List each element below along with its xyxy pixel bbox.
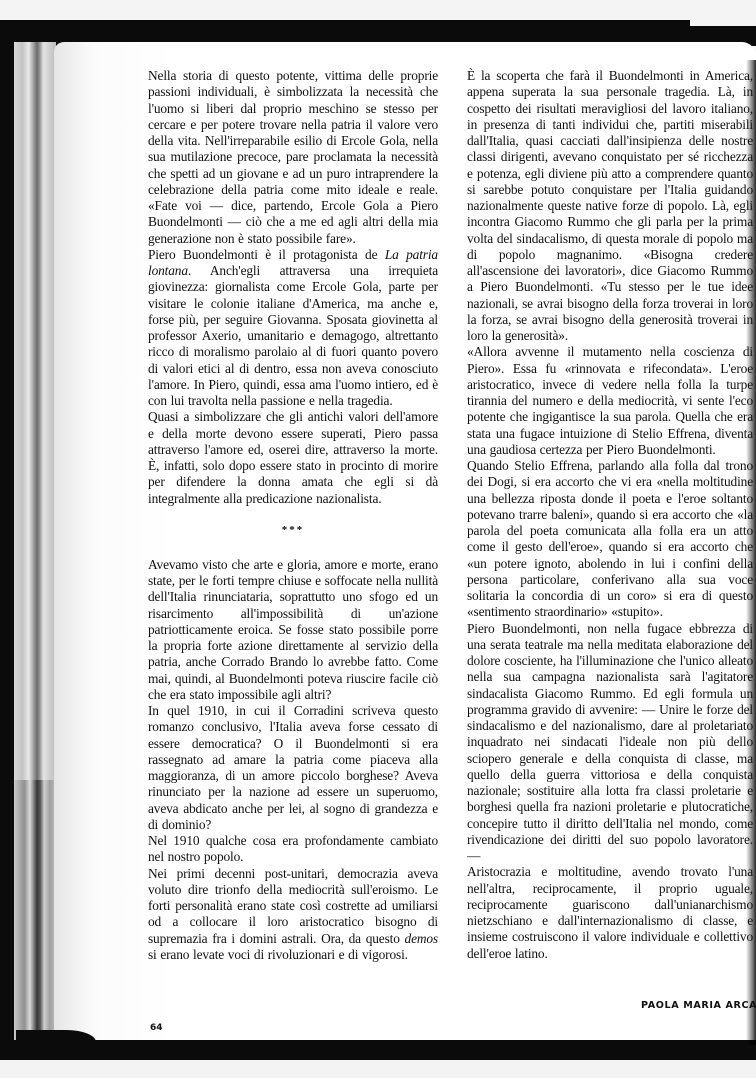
paragraph-text: «Allora avvenne il mutamento nella cosci… [467,344,753,457]
section-break: *** [148,519,438,541]
left-paragraphs: Nella storia di questo potente, vittima … [148,68,438,507]
scanner-frame-notch [690,20,756,26]
paragraph-text: In quel 1910, in cui il Corradini scrive… [148,703,438,832]
paragraph: In quel 1910, in cui il Corradini scrive… [148,703,438,833]
paragraph-text: Avevamo visto che arte e gloria, amore e… [148,557,438,702]
paragraph: Nel 1910 qualche cosa era profondamente … [148,833,438,866]
left-text-column: Nella storia di questo potente, vittima … [148,68,438,963]
paragraph-text: Piero Buondelmonti è il protagonista de [148,247,385,262]
paragraph: Nella storia di questo potente, vittima … [148,68,438,247]
paragraph-text: si erano levate voci di rivoluzionari e … [148,947,408,962]
paragraph-text: Nella storia di questo potente, vittima … [148,68,438,246]
paragraph-text: . Anch'egli attraversa una irrequieta gi… [148,263,438,408]
paragraph: Avevamo visto che arte e gloria, amore e… [148,557,438,703]
author-signature: PAOLA MARIA ARCARI [641,1000,756,1011]
left-paragraphs-after-break: Avevamo visto che arte e gloria, amore e… [148,557,438,963]
paragraph: Quasi a simbolizzare che gli antichi val… [148,409,438,507]
paragraph: «Allora avvenne il mutamento nella cosci… [467,344,753,458]
paragraph: Nei primi decenni post-unitari, democraz… [148,866,438,964]
scan-margin-bottom [0,1060,756,1078]
paragraph: Quando Stelio Effrena, parlando alla fol… [467,458,753,621]
paragraph: Piero Buondelmonti è il protagonista de … [148,247,438,410]
italic-word: demos [405,931,438,946]
paragraph-text: Nel 1910 qualche cosa era profondamente … [148,833,438,864]
paragraph: Piero Buondelmonti, non nella fugace ebb… [467,621,753,865]
scanner-frame-bottom [0,1040,756,1060]
paragraph-text: Piero Buondelmonti, non nella fugace ebb… [467,621,753,864]
paragraph: È la scoperta che farà il Buondelmonti i… [467,68,753,344]
paragraph-text: Aristocrazia e moltitudine, avendo trova… [467,864,753,960]
book-binding-shadow [14,780,56,1042]
paragraph-text: Quasi a simbolizzare che gli antichi val… [148,409,438,505]
page-number: 64 [150,1023,163,1033]
right-text-column: È la scoperta che farà il Buondelmonti i… [467,68,753,962]
paragraph-text: Nei primi decenni post-unitari, democraz… [148,866,438,946]
paragraph-text: È la scoperta che farà il Buondelmonti i… [467,68,753,343]
paragraph-text: Quando Stelio Effrena, parlando alla fol… [467,458,753,619]
paragraph: Aristocrazia e moltitudine, avendo trova… [467,864,753,962]
